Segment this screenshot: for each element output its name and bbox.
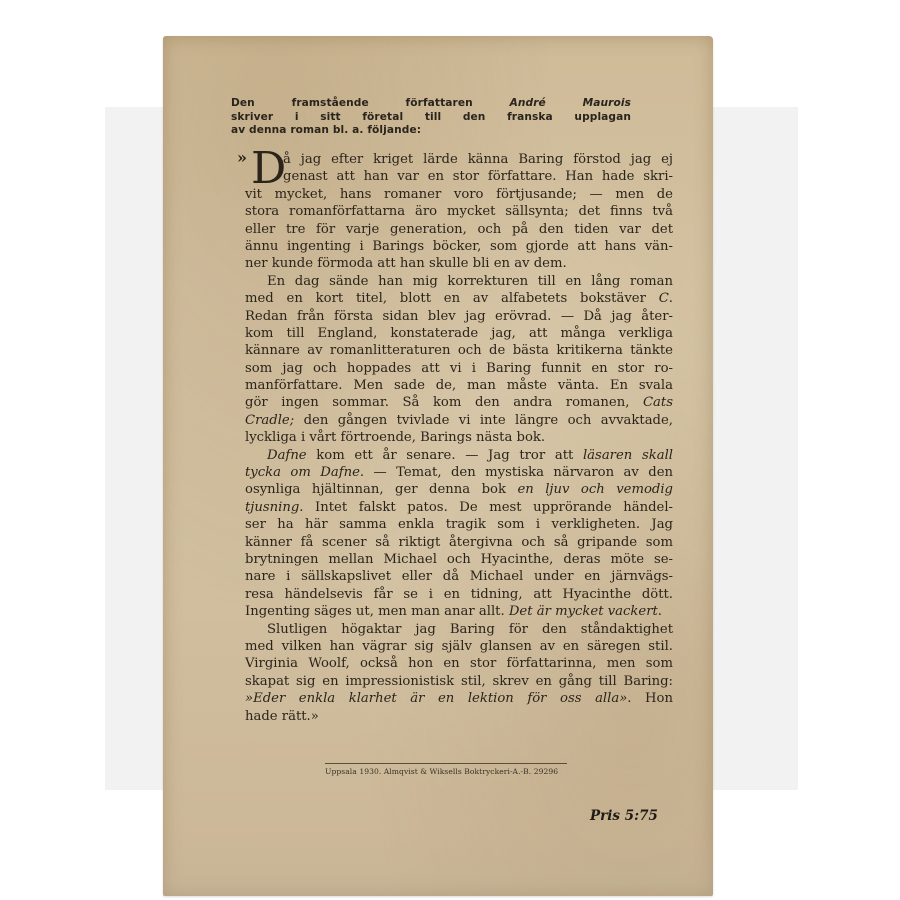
text-line: genast att han var en stor författare. H… [245,168,673,185]
text-line: med vilken han vägrar sig själv glansen … [245,638,673,655]
printer-imprint: Uppsala 1930. Almqvist & Wiksells Boktry… [325,767,567,776]
text-line: med en kort titel, blott en av alfabetet… [245,290,673,307]
text-line: nare i sällskapslivet eller då Michael u… [245,568,673,585]
text-line: En dag sände han mig korrekturen till en… [245,273,673,290]
text-line: lyckliga i vårt förtroende, Barings näst… [245,429,673,446]
price-label: Pris 5:75 [590,808,658,824]
text-line: vit mycket, hans romaner voro förtjusand… [245,186,673,203]
text-line: tycka om Dafne. — Temat, den mystiska nä… [245,464,673,481]
quoted-text: » D å jag efter kriget lärde känna Barin… [245,151,673,725]
text-line: känner få scener så riktigt återgivna oc… [245,534,673,551]
text-line: eller tre för varje generation, och på d… [245,221,673,238]
text-line: manförfattare. Men sade de, man måste vä… [245,377,673,394]
text-line: Virginia Woolf, också hon en stor förfat… [245,655,673,672]
text-line: som jag och hoppades att vi i Baring fun… [245,360,673,377]
intro-line-3: av denna roman bl. a. följande: [231,124,631,138]
text-line: Cradle; den gången tvivlade vi inte läng… [245,412,673,429]
text-line: Slutligen högaktar jag Baring för den st… [245,621,673,638]
text-line: kännare av romanlitteraturen och de bäst… [245,342,673,359]
text-line: brytningen mellan Michael och Hyacinthe,… [245,551,673,568]
text-line: osynliga hjältinnan, ger denna bok en lj… [245,481,673,498]
text-line: å jag efter kriget lärde känna Baring fö… [245,151,673,168]
text-line: resa händelsevis får se i en tidning, at… [245,586,673,603]
text-line: stora romanförfattarna äro mycket sällsy… [245,203,673,220]
intro-line-1: Den framstående författaren André Mauroi… [231,97,631,111]
text-line: Dafne kom ett år senare. — Jag tror att … [245,447,673,464]
drop-cap: D [251,147,286,191]
opening-quote: » [237,149,247,166]
text-line: ser ha här samma enkla tragik som i verk… [245,516,673,533]
text-line: tjusning. Intet falskt patos. De mest up… [245,499,673,516]
intro-line-2: skriver i sitt företal till den franska … [231,111,631,125]
intro-note: Den framstående författaren André Mauroi… [231,97,631,138]
text-line: skapat sig en impressionistisk stil, skr… [245,673,673,690]
text-line: hade rätt.» [245,708,673,725]
text-line: kom till England, konstaterade jag, att … [245,325,673,342]
text-line: Redan från första sidan blev jag erövrad… [245,308,673,325]
text-line: ännu ingenting i Barings böcker, som gjo… [245,238,673,255]
text-line: »Eder enkla klarhet är en lektion för os… [245,690,673,707]
imprint-rule [325,763,567,764]
text-line: ner kunde förmoda att han skulle bli en … [245,255,673,272]
author-name: André Maurois [510,97,631,109]
text-line: Ingenting säges ut, men man anar allt. D… [245,603,673,620]
paragraphs: å jag efter kriget lärde känna Baring fö… [245,151,673,725]
text-line: gör ingen sommar. Så kom den andra roman… [245,394,673,411]
